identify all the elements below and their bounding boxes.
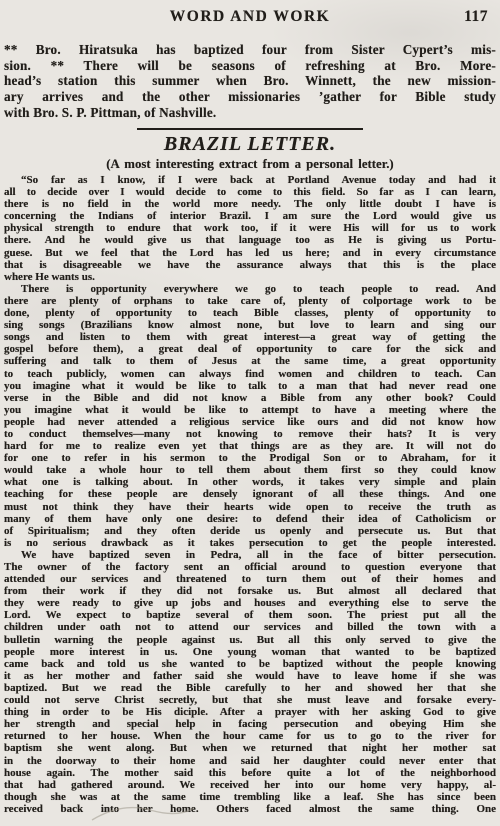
- text-line: bulletin warning the people against us. …: [4, 634, 496, 646]
- text-line: children under oath not to attend our se…: [4, 621, 496, 633]
- text-line: that is disagreeable we have the assuran…: [4, 259, 496, 271]
- text-line: verse in the Bible and did not know a Bi…: [4, 392, 496, 404]
- text-line: to teach publicly, women can always find…: [4, 368, 496, 380]
- paragraph: There is opportunity everywhere we go to…: [4, 283, 496, 549]
- text-line: must not think they have their hearts wi…: [4, 501, 496, 513]
- text-line: gospel before them), a great deal of opp…: [4, 343, 496, 355]
- text-line: people had never attended a religious se…: [4, 416, 496, 428]
- text-line: from their work if they did not forsake …: [4, 585, 496, 597]
- text-line: guese. But we feel that the Lord has led…: [4, 247, 496, 259]
- text-line: many of them have only one desire: to de…: [4, 513, 496, 525]
- paragraph: “So far as I know, if I were back at Por…: [4, 174, 496, 283]
- text-line: would take a whole hour to tell them abo…: [4, 464, 496, 476]
- publication-title: WORD AND WORK: [4, 8, 496, 26]
- text-line: received back into her home. Others face…: [4, 803, 496, 815]
- page-number: 117: [464, 8, 488, 26]
- text-line: baptized. But we read the Bible carefull…: [4, 682, 496, 694]
- text-line: for one to refer in his sermon to the Pr…: [4, 452, 496, 464]
- text-line: concerning the Indians of interior Brazi…: [4, 210, 496, 222]
- text-line: “So far as I know, if I were back at Por…: [4, 174, 496, 186]
- text-line: though she was at the same time tremblin…: [4, 791, 496, 803]
- paragraph: We have baptized seven in Pedra, all in …: [4, 549, 496, 815]
- text-line: done, plenty of opportunity to teach Bib…: [4, 307, 496, 319]
- text-line: sion. ** There will be seasons of refres…: [4, 58, 496, 74]
- text-line: sing songs (Brazilians know almost none,…: [4, 319, 496, 331]
- article-body: “So far as I know, if I were back at Por…: [4, 174, 496, 815]
- text-line: returned to her house. When the hour cam…: [4, 730, 496, 742]
- text-line: her strength and special help in facing …: [4, 718, 496, 730]
- article-title: BRAZIL LETTER.: [4, 132, 496, 157]
- text-line: with Bro. S. P. Pittman, of Nashville.: [4, 105, 496, 121]
- text-line: there is no field in the world more need…: [4, 198, 496, 210]
- news-notes-paragraph: ** Bro. Hiratsuka has baptized four from…: [4, 42, 496, 121]
- text-line: There is opportunity everywhere we go to…: [4, 283, 496, 295]
- text-line: house again. The mother said this before…: [4, 767, 496, 779]
- text-line: We have baptized seven in Pedra, all in …: [4, 549, 496, 561]
- text-line: ** Bro. Hiratsuka has baptized four from…: [4, 42, 496, 58]
- text-line: thing in order to be His diciple. After …: [4, 706, 496, 718]
- text-line: is no serious drawback as it takes perse…: [4, 537, 496, 549]
- text-line: you imagine what it would be like to tal…: [4, 380, 496, 392]
- text-line: came back and told us she wanted to be b…: [4, 658, 496, 670]
- text-line: where He wants us.: [4, 271, 496, 283]
- section-divider-rule: [137, 128, 363, 130]
- running-header: WORD AND WORK 117: [4, 8, 496, 26]
- text-line: teaching for these people are densely ig…: [4, 488, 496, 500]
- scanned-page: WORD AND WORK 117 ** Bro. Hiratsuka has …: [0, 0, 500, 826]
- text-line: baptism she went along. But when we retu…: [4, 742, 496, 754]
- text-line: hard for me to realize even yet that thi…: [4, 440, 496, 452]
- text-line: you imagine what it would be like to att…: [4, 404, 496, 416]
- text-line: Lord. We expect to baptize several of th…: [4, 609, 496, 621]
- text-line: The owner of the factory sent an officia…: [4, 561, 496, 573]
- text-line: attended our services and threatened to …: [4, 573, 496, 585]
- text-line: ary arrives and the other missionaries ’…: [4, 89, 496, 105]
- text-line: suffering and talk to them of Jesus at t…: [4, 355, 496, 367]
- text-line: that had gathered around. We received he…: [4, 779, 496, 791]
- text-line: all to decide over I would decide to com…: [4, 186, 496, 198]
- text-line: of Spiritualism; and they often deride u…: [4, 525, 496, 537]
- text-line: to conduct themselves—many not knowing t…: [4, 428, 496, 440]
- text-line: in the doorway to their home and said he…: [4, 755, 496, 767]
- article-subtitle: (A most interesting extract from a perso…: [4, 157, 496, 172]
- text-line: there are plenty of orphans to take care…: [4, 295, 496, 307]
- text-line: could not serve Christ secretly, but tha…: [4, 694, 496, 706]
- text-line: head’s station this summer when Bro. Win…: [4, 73, 496, 89]
- text-line: it as her mother and father said she wou…: [4, 670, 496, 682]
- text-line: there. And he would give us that languag…: [4, 234, 496, 246]
- text-line: they were ready to give up jobs and hous…: [4, 597, 496, 609]
- text-line: what one is talking about. In other word…: [4, 476, 496, 488]
- text-line: people more interest in us. One young wo…: [4, 646, 496, 658]
- text-line: physical strength to endure that work to…: [4, 222, 496, 234]
- text-line: songs and listen to them with great inte…: [4, 331, 496, 343]
